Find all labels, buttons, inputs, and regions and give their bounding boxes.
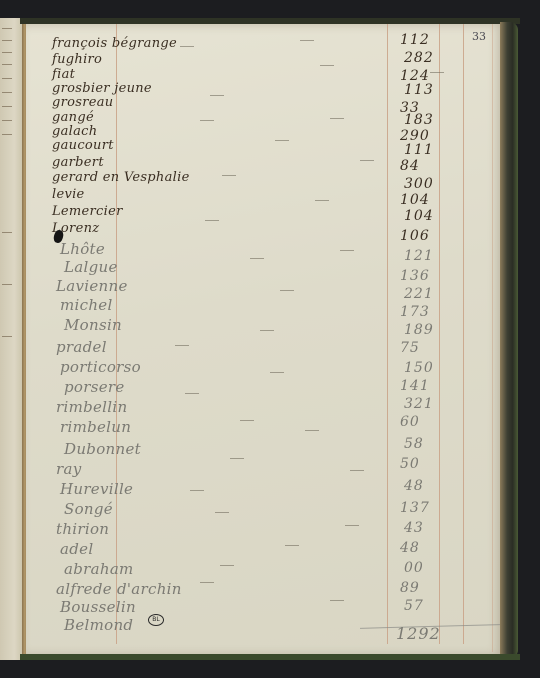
left-page-mark (2, 134, 12, 135)
entry-name: porticorso (60, 358, 141, 376)
ruling-dash (315, 200, 329, 201)
ruling-dash (275, 140, 289, 141)
entry-value: 104 (400, 192, 430, 208)
entry-value: 183 (404, 112, 434, 128)
left-page-mark (2, 120, 12, 121)
entry-value: 43 (404, 520, 424, 536)
entry-name: fiat (52, 67, 75, 82)
ruling-dash (200, 582, 214, 583)
entry-name: rimbelun (60, 418, 131, 436)
entry-name: Lavienne (56, 277, 128, 295)
left-page-mark (2, 106, 12, 107)
column-rule-middle (439, 24, 440, 644)
entry-name: Bousselin (60, 598, 136, 616)
entry-name: grosbier jeune (52, 81, 152, 96)
entry-name: galach (52, 124, 97, 139)
left-page-mark (2, 52, 12, 53)
entry-name: gaucourt (52, 138, 114, 153)
entry-value: 221 (404, 286, 434, 302)
entry-value: 111 (404, 142, 434, 158)
ruling-dash (210, 95, 224, 96)
left-page-mark (2, 64, 12, 65)
column-rule-left (387, 24, 388, 644)
entry-name: ray (56, 460, 82, 478)
left-page-mark (2, 336, 12, 337)
entry-name: michel (60, 296, 113, 314)
entry-value: 89 (400, 580, 420, 596)
entry-value: 104 (404, 208, 434, 224)
library-stamp: BL (148, 614, 164, 626)
entry-value: 60 (400, 414, 420, 430)
entry-value: 189 (404, 322, 434, 338)
entry-value: 136 (400, 268, 430, 284)
ledger-total: 1292 (396, 624, 441, 643)
ruling-dash (430, 72, 444, 73)
entry-name: Songé (64, 500, 113, 518)
entry-name: Lhôte (60, 240, 105, 258)
entry-name: Belmond (64, 616, 133, 634)
entry-value: 282 (404, 50, 434, 66)
folio-number: 33 (472, 30, 486, 43)
entry-value: 113 (404, 82, 434, 98)
entry-name: alfrede d'archin (56, 580, 182, 598)
entry-name: fughiro (52, 52, 102, 67)
ruling-dash (190, 490, 204, 491)
entry-name: grosreau (52, 95, 113, 110)
column-rule-right (463, 24, 464, 644)
left-page-mark (2, 232, 12, 233)
entry-name: Lalgue (64, 258, 118, 276)
ruling-dash (175, 345, 189, 346)
entry-value: 75 (400, 340, 420, 356)
entry-name: Monsin (64, 316, 122, 334)
entry-value: 112 (400, 32, 430, 48)
entry-value: 150 (404, 360, 434, 376)
entry-name: levie (52, 187, 85, 202)
entry-value: 00 (404, 560, 424, 576)
ruling-dash (222, 175, 236, 176)
entry-name: Hureville (60, 480, 133, 498)
left-page-mark (2, 28, 12, 29)
left-page-mark (2, 92, 12, 93)
entry-name: pradel (56, 338, 107, 356)
ruling-dash (185, 393, 199, 394)
entry-name: abraham (64, 560, 134, 578)
ruling-dash (330, 600, 344, 601)
ruling-dash (215, 512, 229, 513)
entry-value: 48 (400, 540, 420, 556)
entry-name: rimbellin (56, 398, 127, 416)
ruling-dash (300, 40, 314, 41)
ruling-dash (230, 458, 244, 459)
ruling-dash (340, 250, 354, 251)
entry-name: garbert (52, 155, 104, 170)
margin-rule (116, 24, 117, 644)
ruling-dash (350, 470, 364, 471)
left-page-mark (2, 40, 12, 41)
entry-name: thirion (56, 520, 109, 538)
ruling-dash (320, 65, 334, 66)
entry-name: adel (60, 540, 93, 558)
ruling-dash (270, 372, 284, 373)
entry-name: gerard en Vesphalie (52, 170, 190, 185)
ruling-dash (250, 258, 264, 259)
entry-name: Dubonnet (64, 440, 141, 458)
entry-name: Lemercier (52, 204, 123, 219)
ruling-dash (220, 565, 234, 566)
left-page-mark (2, 284, 12, 285)
ruling-dash (330, 118, 344, 119)
entry-value: 141 (400, 378, 430, 394)
ruling-dash (280, 290, 294, 291)
entry-value: 121 (404, 248, 434, 264)
entry-value: 50 (400, 456, 420, 472)
ruling-dash (240, 420, 254, 421)
entry-value: 57 (404, 598, 424, 614)
ruling-dash (285, 545, 299, 546)
facing-left-page (0, 18, 24, 660)
binding-bottom-edge (20, 654, 520, 660)
book-binding-edge (500, 22, 518, 658)
entry-name: françois bégrange (52, 36, 177, 51)
ruling-dash (305, 430, 319, 431)
entry-value: 300 (404, 176, 434, 192)
page-edge-rule (492, 24, 493, 652)
entry-value: 84 (400, 158, 420, 174)
ruling-dash (345, 525, 359, 526)
entry-value: 321 (404, 396, 434, 412)
entry-value: 137 (400, 500, 430, 516)
ruling-dash (200, 120, 214, 121)
left-page-mark (2, 78, 12, 79)
ruling-dash (205, 220, 219, 221)
entry-value: 58 (404, 436, 424, 452)
entry-value: 48 (404, 478, 424, 494)
ruling-dash (260, 330, 274, 331)
entry-value: 173 (400, 304, 430, 320)
ruling-dash (180, 46, 194, 47)
entry-value: 106 (400, 228, 430, 244)
entry-name: porsere (64, 378, 125, 396)
entry-name: gangé (52, 110, 94, 125)
ruling-dash (360, 160, 374, 161)
